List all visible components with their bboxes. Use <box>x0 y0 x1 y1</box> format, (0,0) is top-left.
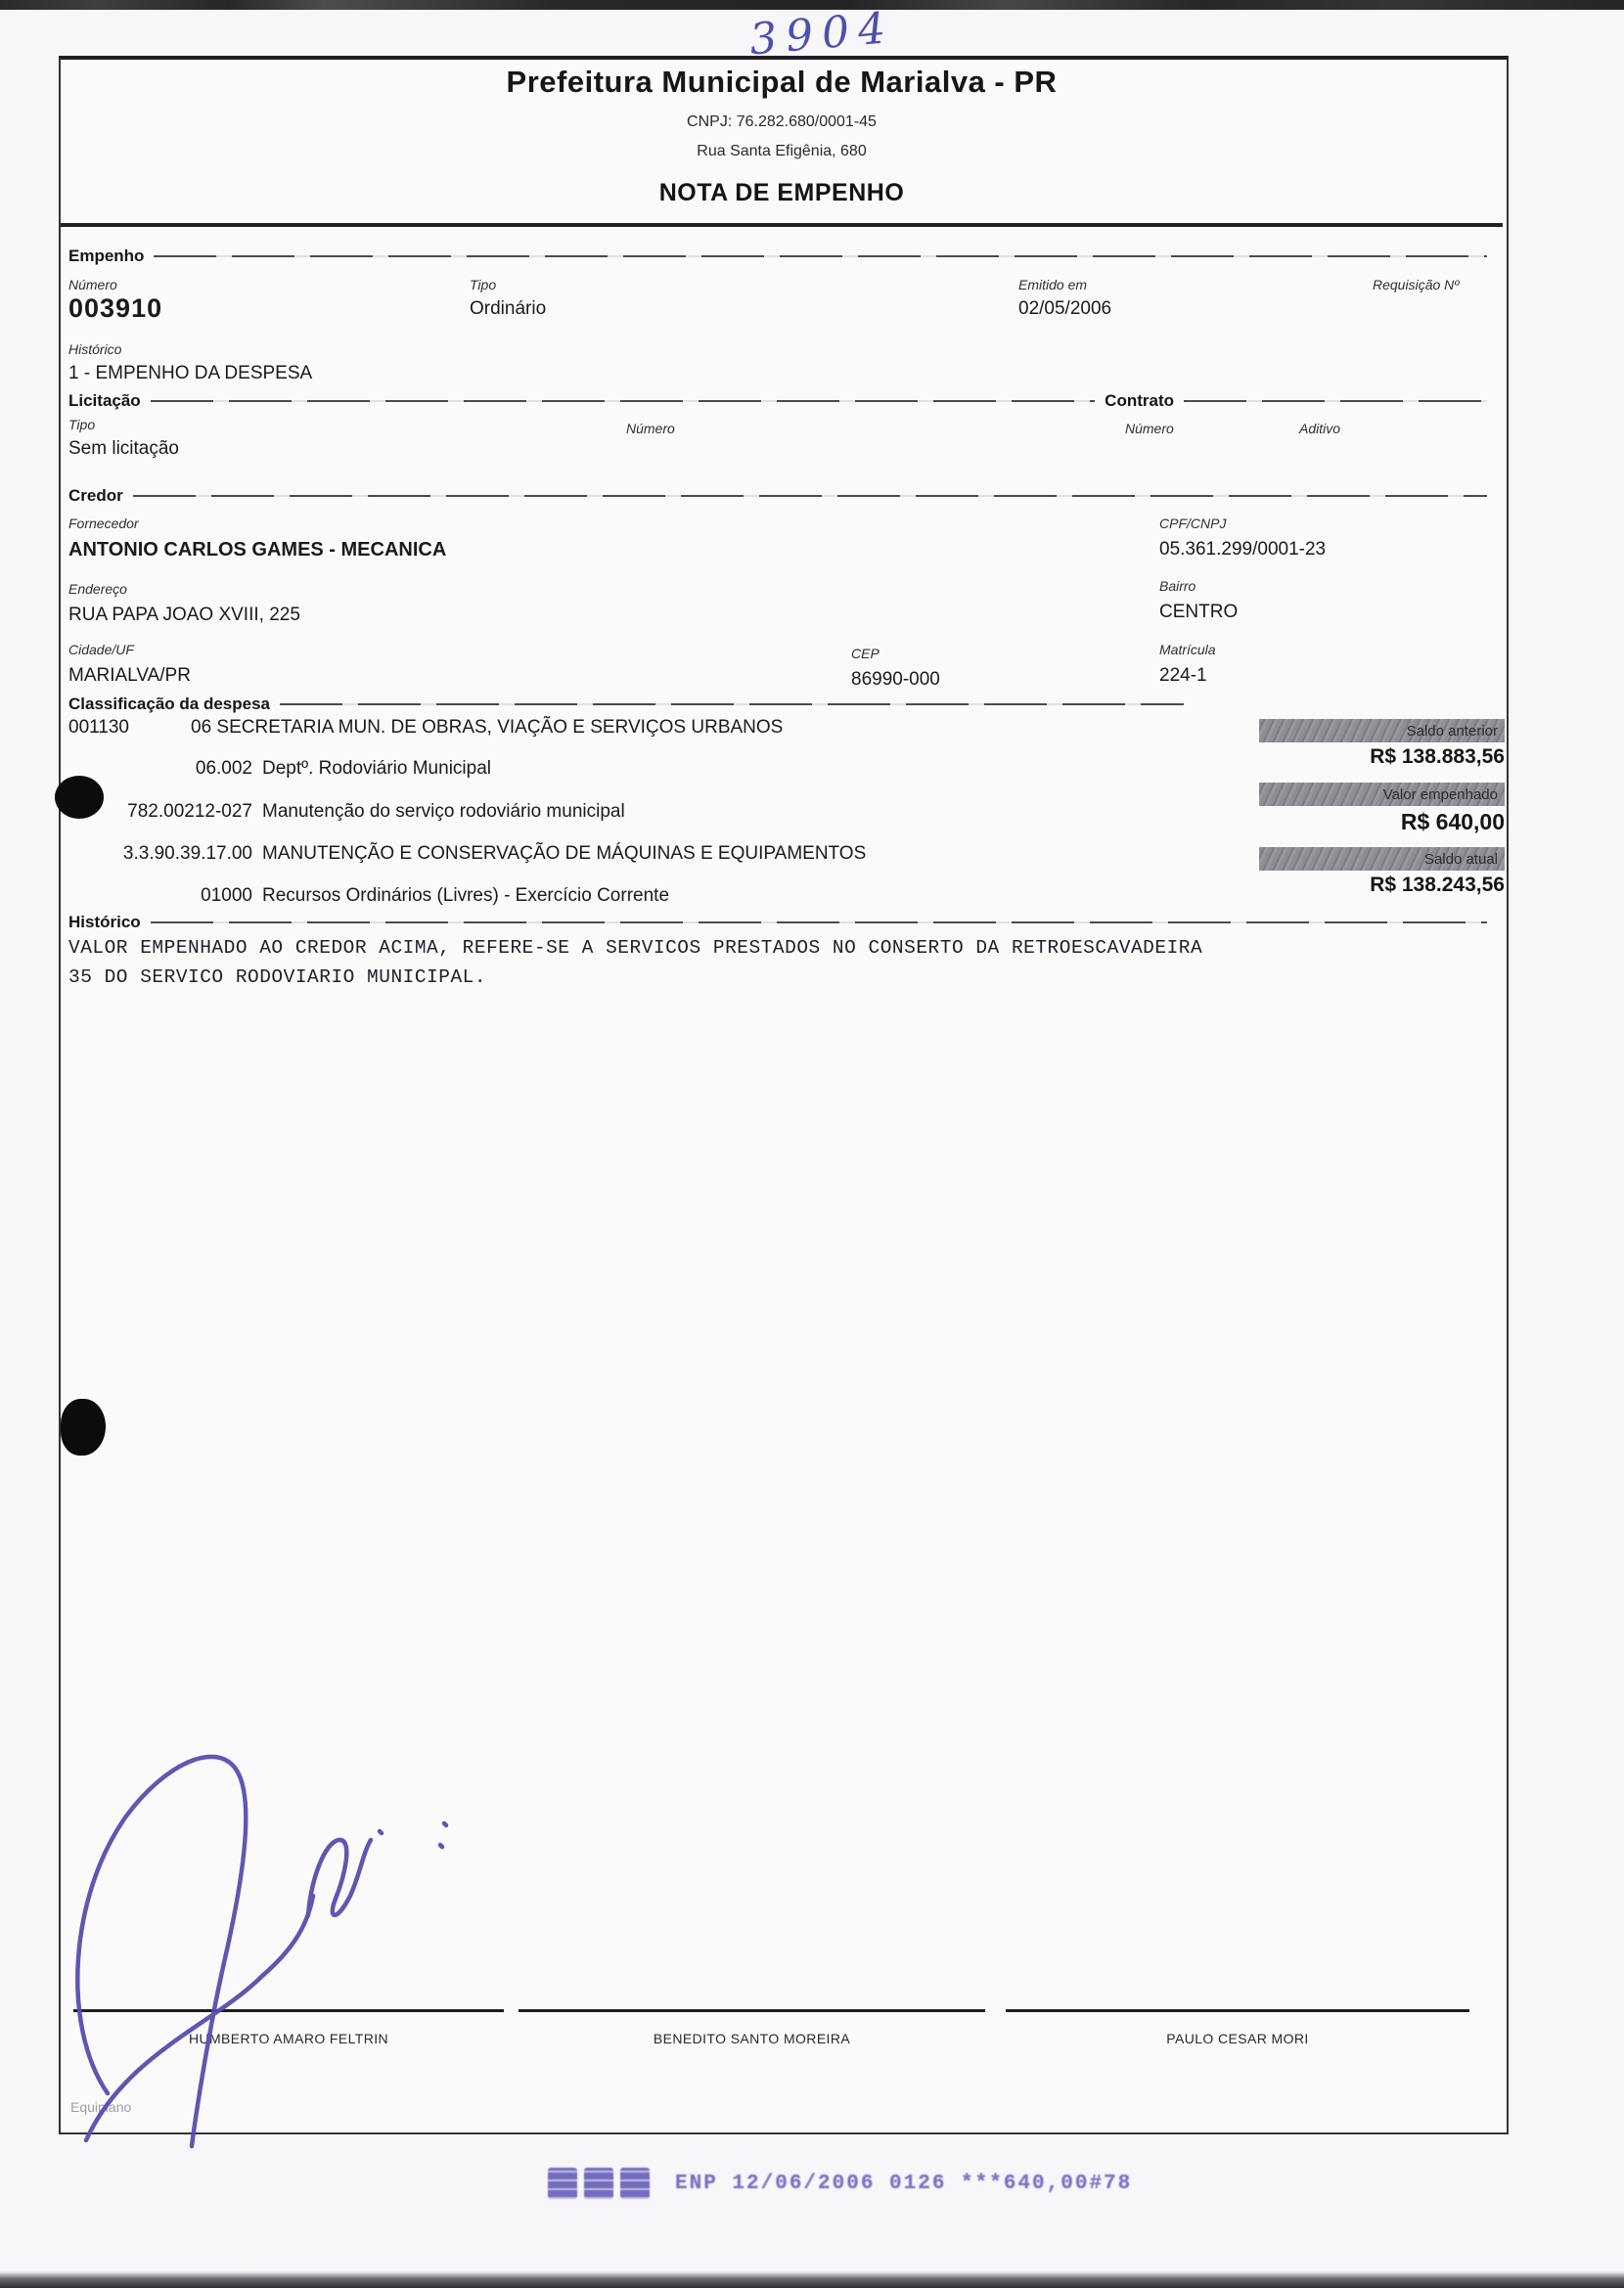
empenho-numero-value: 003910 <box>68 293 162 324</box>
licitacao-tipo-value: Sem licitação <box>68 438 179 460</box>
classificacao-row-desc: Manutenção do serviço rodoviário municip… <box>262 801 625 823</box>
classificacao-row-desc: Recursos Ordinários (Livres) - Exercício… <box>262 885 669 907</box>
section-rule <box>154 255 1487 257</box>
historico-text-line1: VALOR EMPENHADO AO CREDOR ACIMA, REFERE-… <box>68 937 1202 959</box>
scanner-edge-bottom <box>0 2271 1624 2288</box>
contrato-aditivo-label: Aditivo <box>1299 421 1340 436</box>
empenho-numero-label: Número <box>68 277 117 292</box>
section-licitacao-label: Licitação <box>68 391 141 411</box>
section-classificacao: Classificação da despesa <box>68 695 1184 714</box>
contrato-numero-label: Número <box>1125 421 1174 436</box>
section-credor: Credor <box>68 486 1487 506</box>
empenho-tipo-value: Ordinário <box>470 298 546 320</box>
saldo-atual-bar: Saldo atual <box>1259 847 1505 871</box>
empenho-tipo-label: Tipo <box>470 277 496 292</box>
credor-cpfcnpj-value: 05.361.299/0001-23 <box>1159 539 1326 561</box>
licitacao-tipo-label: Tipo <box>68 417 95 432</box>
section-rule <box>280 703 1184 705</box>
signature-name: BENEDITO SANTO MOREIRA <box>519 2031 985 2046</box>
empenho-emitido-value: 02/05/2006 <box>1018 298 1111 320</box>
classificacao-row-code: 01000 <box>68 885 252 907</box>
credor-cidade-value: MARIALVA/PR <box>68 665 191 687</box>
credor-bairro-label: Bairro <box>1159 578 1195 594</box>
credor-matricula-label: Matrícula <box>1159 642 1216 657</box>
scanned-page: 3904 Prefeitura Municipal de Marialva - … <box>0 0 1624 2288</box>
classificacao-row-code: 06.002 <box>68 758 252 780</box>
section-rule <box>1184 400 1487 402</box>
saldo-atual-value: R$ 138.243,56 <box>1211 874 1505 897</box>
classificacao-row-code: 001130 <box>68 717 129 739</box>
validation-stamp: ENP 12/06/2006 0126 ***640,00#78 <box>548 2168 1132 2199</box>
handwritten-signature <box>68 1731 489 2152</box>
empenho-historico-value: 1 - EMPENHO DA DESPESA <box>68 363 312 384</box>
section-classificacao-label: Classificação da despesa <box>68 695 270 714</box>
saldo-anterior-bar: Saldo anterior <box>1259 719 1505 742</box>
org-title: Prefeitura Municipal de Marialva - PR <box>59 65 1505 100</box>
section-rule <box>133 495 1487 497</box>
stamp-text: ENP 12/06/2006 0126 ***640,00#78 <box>675 2173 1132 2195</box>
header-rule <box>61 223 1503 227</box>
doc-title: NOTA DE EMPENHO <box>59 179 1505 207</box>
saldo-anterior-value: R$ 138.883,56 <box>1211 745 1505 769</box>
signature-line <box>519 2009 985 2012</box>
credor-bairro-value: CENTRO <box>1159 602 1238 623</box>
section-historico-label: Histórico <box>68 913 141 932</box>
empenho-requisicao-label: Requisição Nº <box>1373 277 1459 292</box>
section-empenho: Empenho <box>68 247 1487 266</box>
ink-blot <box>55 776 104 819</box>
org-cnpj: CNPJ: 76.282.680/0001-45 <box>59 113 1505 131</box>
classificacao-row-desc: 06 SECRETARIA MUN. DE OBRAS, VIAÇÃO E SE… <box>191 717 783 739</box>
section-empenho-label: Empenho <box>68 247 144 266</box>
scanner-edge-top <box>0 0 1624 10</box>
credor-endereco-value: RUA PAPA JOAO XVIII, 225 <box>68 605 300 626</box>
credor-endereco-label: Endereço <box>68 581 127 597</box>
signature-line <box>1006 2009 1469 2012</box>
classificacao-row-code: 3.3.90.39.17.00 <box>68 843 252 865</box>
credor-cep-label: CEP <box>851 646 880 661</box>
credor-cpfcnpj-label: CPF/CNPJ <box>1159 516 1226 531</box>
section-credor-label: Credor <box>68 486 123 506</box>
section-licitacao-contrato: Licitação Contrato <box>68 391 1487 411</box>
credor-cidade-label: Cidade/UF <box>68 642 134 657</box>
licitacao-numero-label: Número <box>626 421 675 436</box>
credor-fornecedor-value: ANTONIO CARLOS GAMES - MECANICA <box>68 539 446 561</box>
classificacao-row-desc: MANUTENÇÃO E CONSERVAÇÃO DE MÁQUINAS E E… <box>262 843 866 865</box>
empenho-historico-label: Histórico <box>68 341 121 357</box>
section-rule <box>151 921 1487 923</box>
signature-name: PAULO CESAR MORI <box>1006 2031 1469 2046</box>
org-address: Rua Santa Efigênia, 680 <box>59 143 1505 160</box>
section-historico: Histórico <box>68 913 1487 932</box>
section-contrato-label: Contrato <box>1105 391 1174 411</box>
credor-fornecedor-label: Fornecedor <box>68 516 139 531</box>
stamp-logo-icon <box>548 2168 650 2199</box>
credor-matricula-value: 224-1 <box>1159 665 1207 687</box>
classificacao-row-desc: Deptº. Rodoviário Municipal <box>262 758 491 780</box>
credor-cep-value: 86990-000 <box>851 669 940 691</box>
historico-text-line2: 35 DO SERVICO RODOVIARIO MUNICIPAL. <box>68 966 486 988</box>
valor-empenhado-value: R$ 640,00 <box>1211 809 1505 835</box>
empenho-emitido-label: Emitido em <box>1018 277 1087 292</box>
section-rule <box>151 400 1095 402</box>
valor-empenhado-bar: Valor empenhado <box>1259 783 1505 806</box>
